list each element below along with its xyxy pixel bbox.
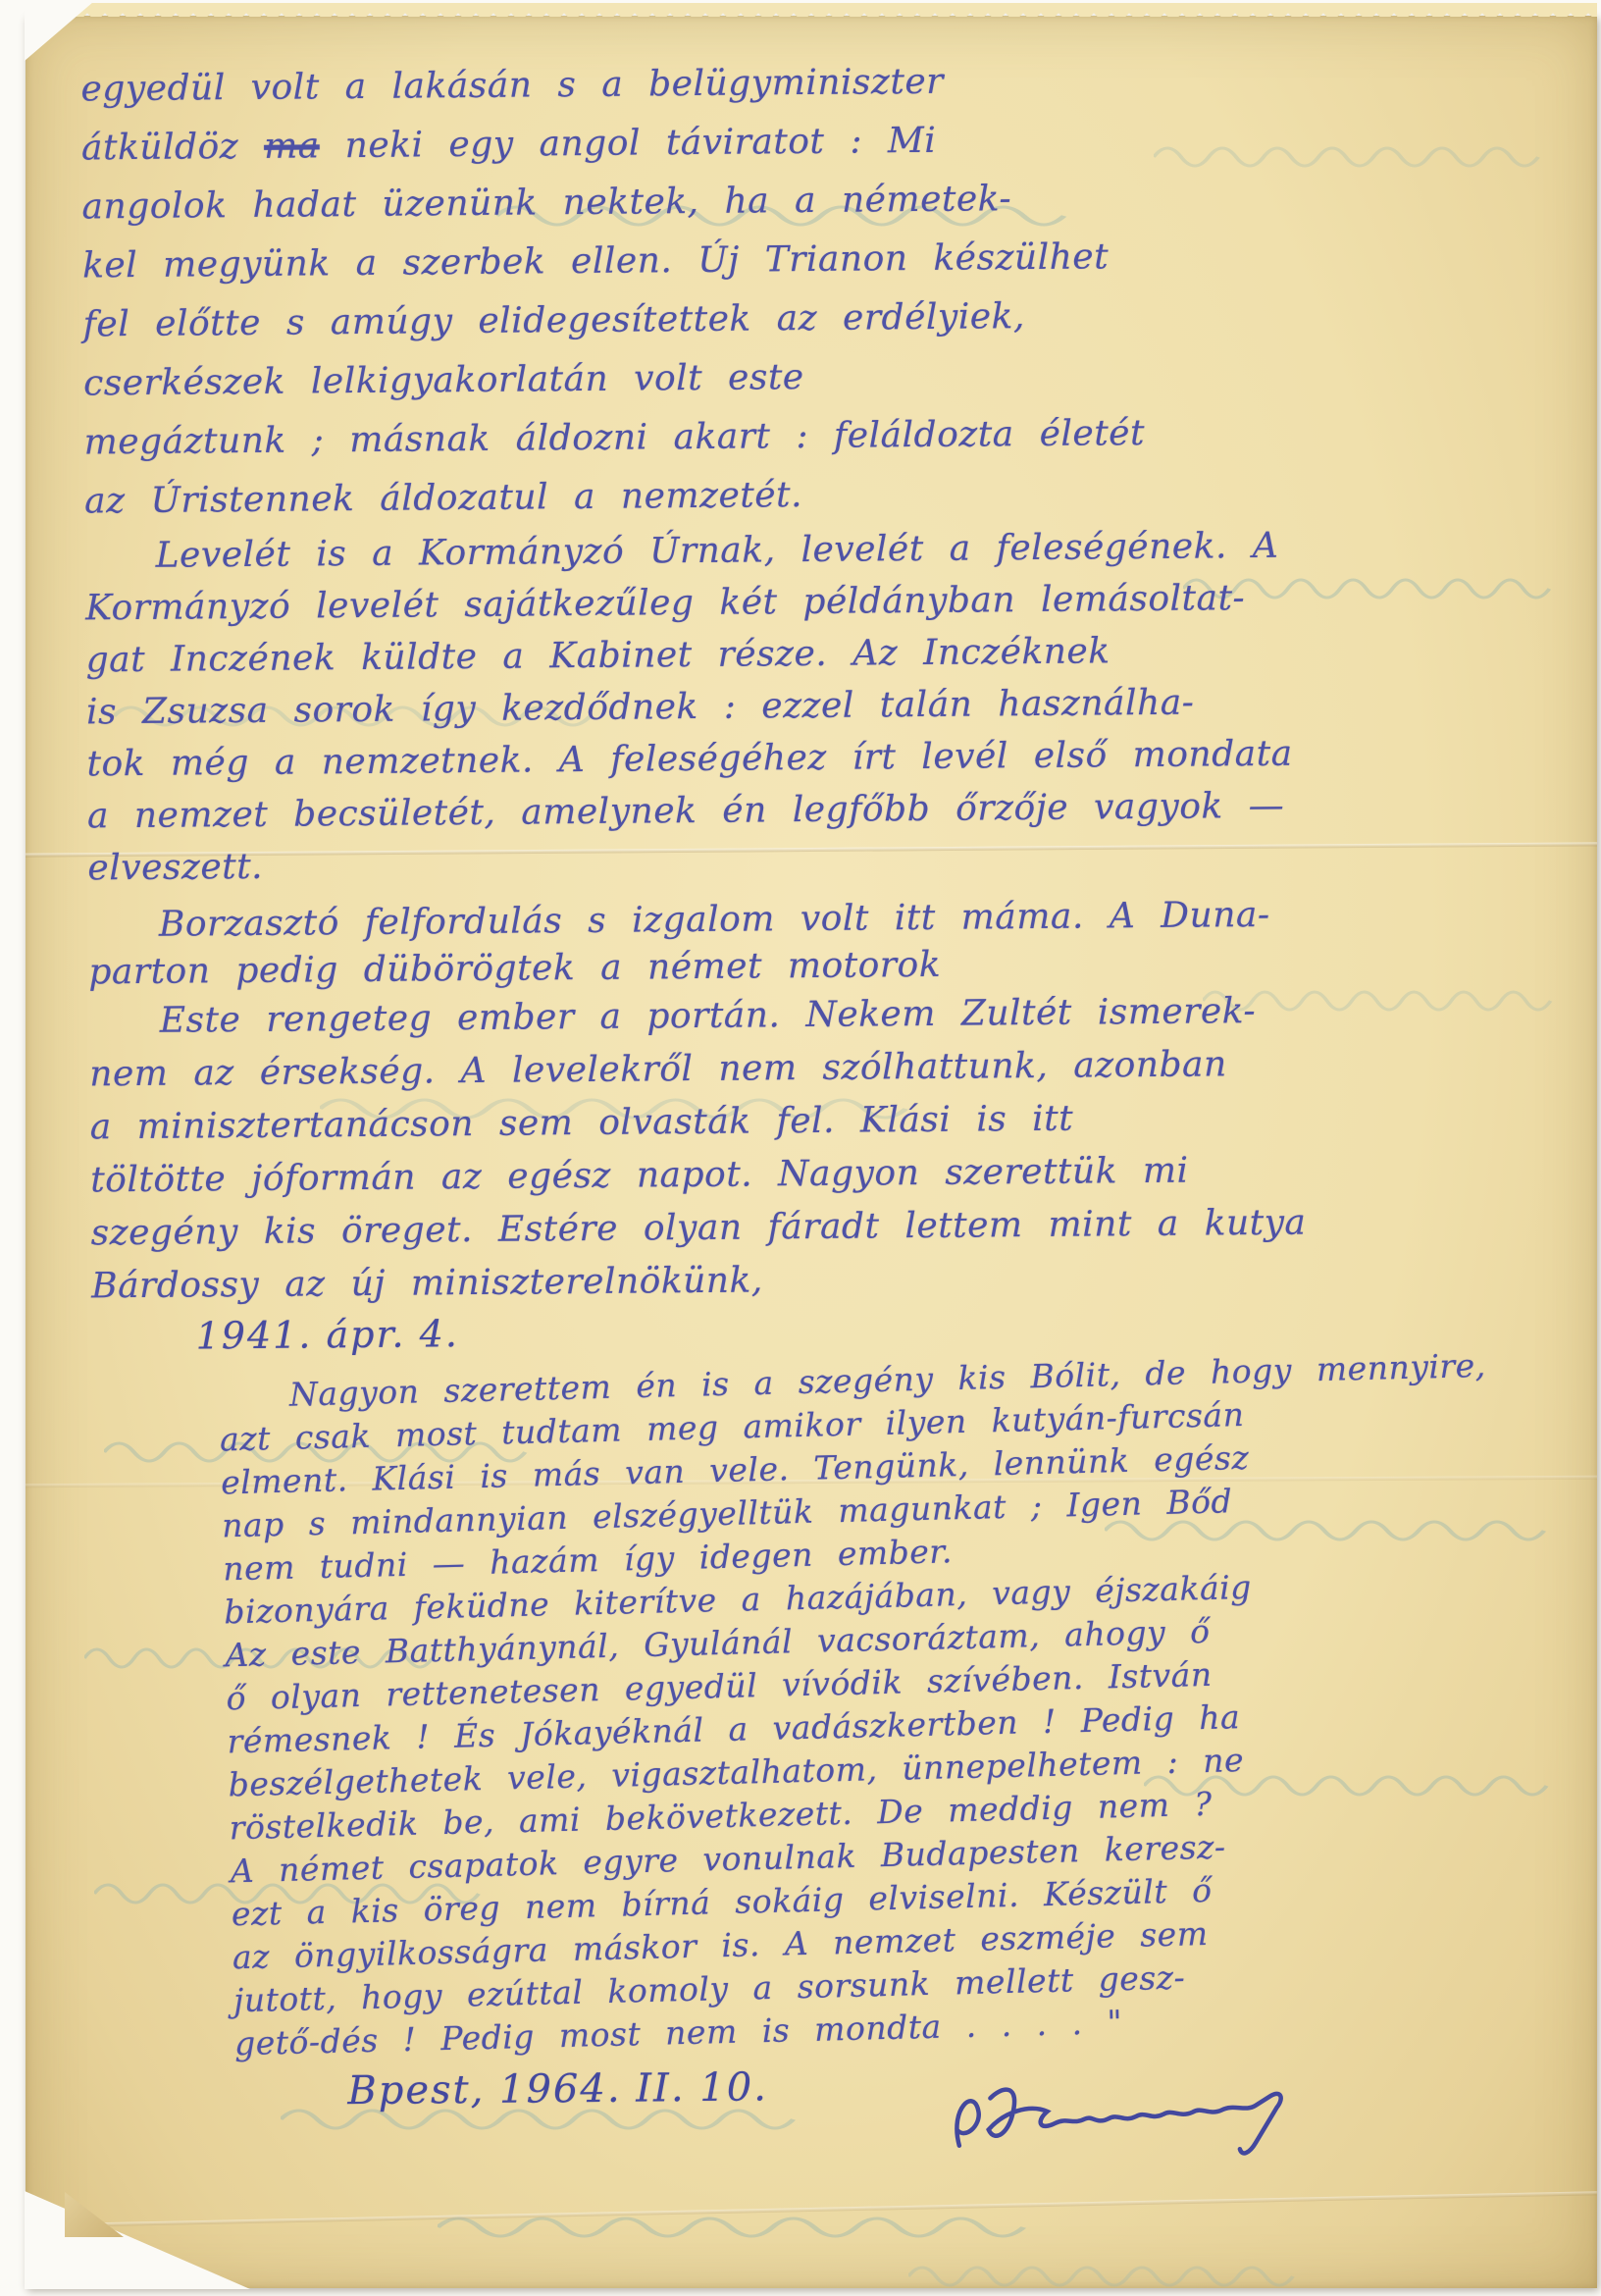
handwriting-line: kel megyünk a szerbek ellen. Új Trianon … xyxy=(82,236,1144,304)
paragraph-block: Este rengeteg ember a portán. Nekem Zult… xyxy=(89,991,1308,1320)
signature xyxy=(945,2066,1299,2177)
scanned-letter-photo: egyedül volt a lakásán s a belügyminiszt… xyxy=(0,0,1601,2296)
closing-row: Bpest, 1964. II. 10. xyxy=(347,2060,1427,2183)
handwriting-line: angolok hadat üzenünk nektek, ha a német… xyxy=(81,178,1143,245)
handwriting-line: egyedül volt a lakásán s a belügyminiszt… xyxy=(80,60,1142,128)
paragraph-block: Levelét is a Kormányzó Úrnak, levelét a … xyxy=(84,526,1293,901)
struck-word: ma xyxy=(264,126,320,166)
handwriting-line: átküldöz ma neki egy angol táviratot : M… xyxy=(81,119,1143,186)
diary-date-heading: 1941. ápr. 4. xyxy=(195,1312,459,1357)
handwriting-line: megáztunk ; másnak áldozni akart : felál… xyxy=(83,413,1145,481)
letter-paper: egyedül volt a lakásán s a belügyminiszt… xyxy=(26,16,1597,2288)
handwriting-line: cserkészek lelkigyakorlatán volt este xyxy=(83,354,1145,422)
handwriting-line: fel előtte s amúgy elidegesítettek az er… xyxy=(82,295,1144,363)
paragraph-block: Borzasztó felfordulás s izgalom volt itt… xyxy=(88,895,1270,1000)
paragraph-block: Nagyon szerettem én is a szegény kis Ból… xyxy=(219,1346,1503,2067)
handwriting-line: elveszett. xyxy=(87,838,1294,901)
paragraph-block: egyedül volt a lakásán s a belügyminiszt… xyxy=(80,60,1145,540)
handwriting-layer: egyedül volt a lakásán s a belügyminiszt… xyxy=(16,9,1601,2295)
closing-place-date: Bpest, 1964. II. 10. xyxy=(347,2064,768,2113)
handwriting-line: Bárdossy az új miniszterelnökünk, xyxy=(91,1256,1307,1320)
handwriting-line: parton pedig dübörögtek a német motorok xyxy=(88,942,1270,1000)
